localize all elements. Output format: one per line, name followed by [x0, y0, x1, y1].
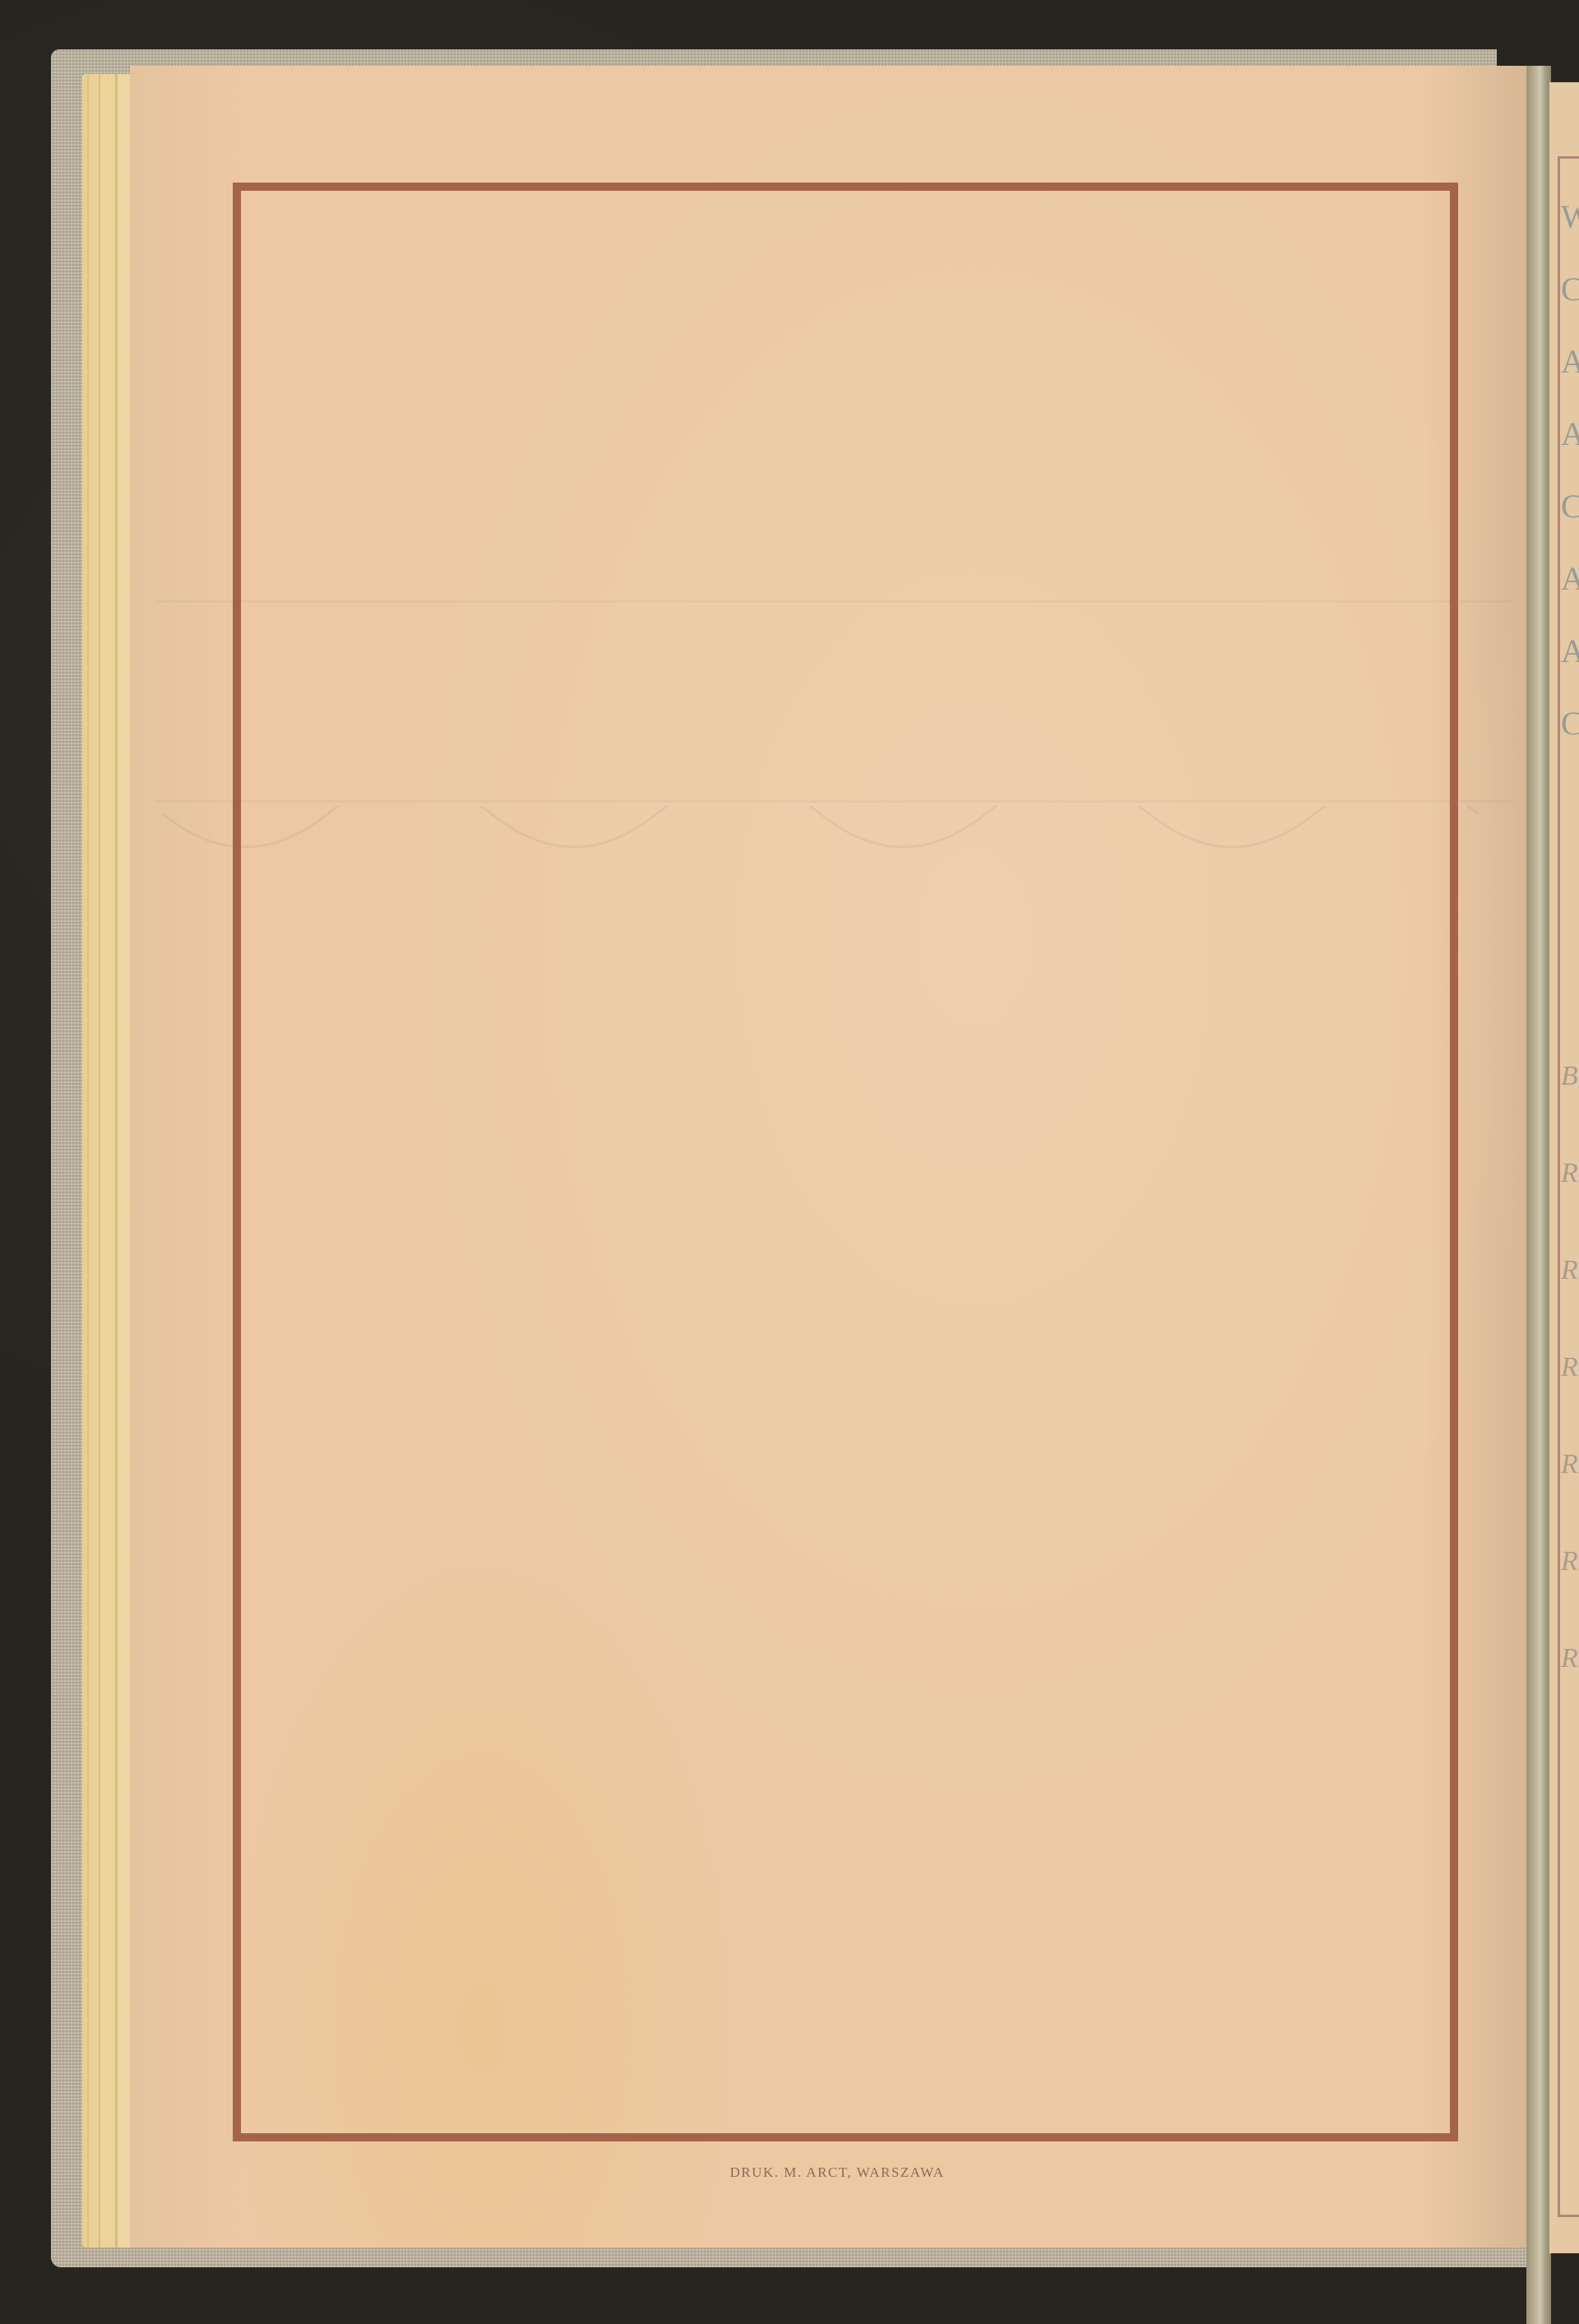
adjacent-page-handwriting-fragment: B R R R R R R [1561, 1028, 1579, 1707]
book-gutter [1526, 33, 1551, 2324]
book-page: DRUK. M. ARCT, WARSZAWA [130, 66, 1538, 2248]
page-frame-border [233, 183, 1458, 2141]
adjacent-page-header-fragment: W C A A C A A C [1561, 181, 1579, 760]
printer-credit: DRUK. M. ARCT, WARSZAWA [130, 2164, 1544, 2181]
page-edges-stack [82, 74, 132, 2248]
top-dark-edge [1497, 0, 1579, 66]
adjacent-page-edge: W C A A C A A C B R R R R R R [1549, 82, 1579, 2253]
